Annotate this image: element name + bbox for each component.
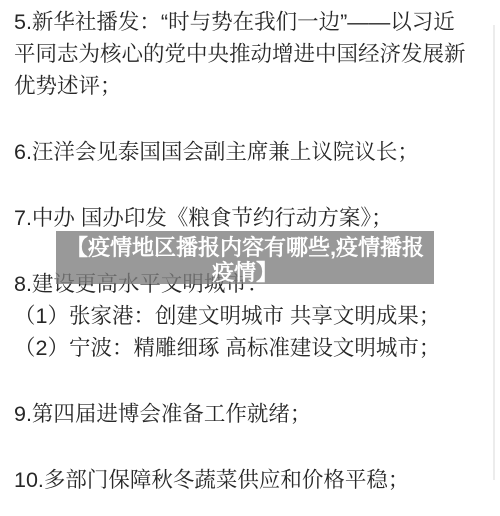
news-subitem-2: （2）宁波：精雕细琢 高标准建设文明城市；: [14, 332, 486, 364]
news-line: 10.多部门保障秋冬蔬菜供应和价格平稳；: [14, 464, 486, 496]
news-line: 平同志为核心的党中央推动增进中国经济发展新: [14, 38, 486, 70]
scrollbar-track[interactable]: [493, 25, 495, 480]
news-item-7: 7.中办 国办印发《粮食节约行动方案》；: [14, 202, 486, 234]
news-item-6: 6.汪洋会见泰国国会副主席兼上议院议长；: [14, 136, 486, 168]
news-line: 9.第四届进博会准备工作就绪；: [14, 398, 486, 430]
ad-overlay-text-line-1: 【疫情地区播报内容有哪些,疫情播报: [56, 235, 434, 260]
news-item-9: 9.第四届进博会准备工作就绪；: [14, 398, 486, 430]
news-line: 6.汪洋会见泰国国会副主席兼上议院议长；: [14, 136, 486, 168]
news-line: 7.中办 国办印发《粮食节约行动方案》；: [14, 202, 486, 234]
news-subitem-1: （1）张家港：创建文明城市 共享文明成果；: [14, 300, 486, 332]
news-line: 优势述评；: [14, 70, 486, 102]
epidemic-ad-overlay[interactable]: 【疫情地区播报内容有哪些,疫情播报 疫情】: [56, 231, 434, 284]
news-item-5: 5.新华社播发：“时与势在我们一边”——以习近 平同志为核心的党中央推动增进中国…: [14, 6, 486, 102]
news-line: 5.新华社播发：“时与势在我们一边”——以习近: [14, 6, 486, 38]
ad-overlay-text-line-2: 疫情】: [56, 260, 434, 285]
news-item-10: 10.多部门保障秋冬蔬菜供应和价格平稳；: [14, 464, 486, 496]
